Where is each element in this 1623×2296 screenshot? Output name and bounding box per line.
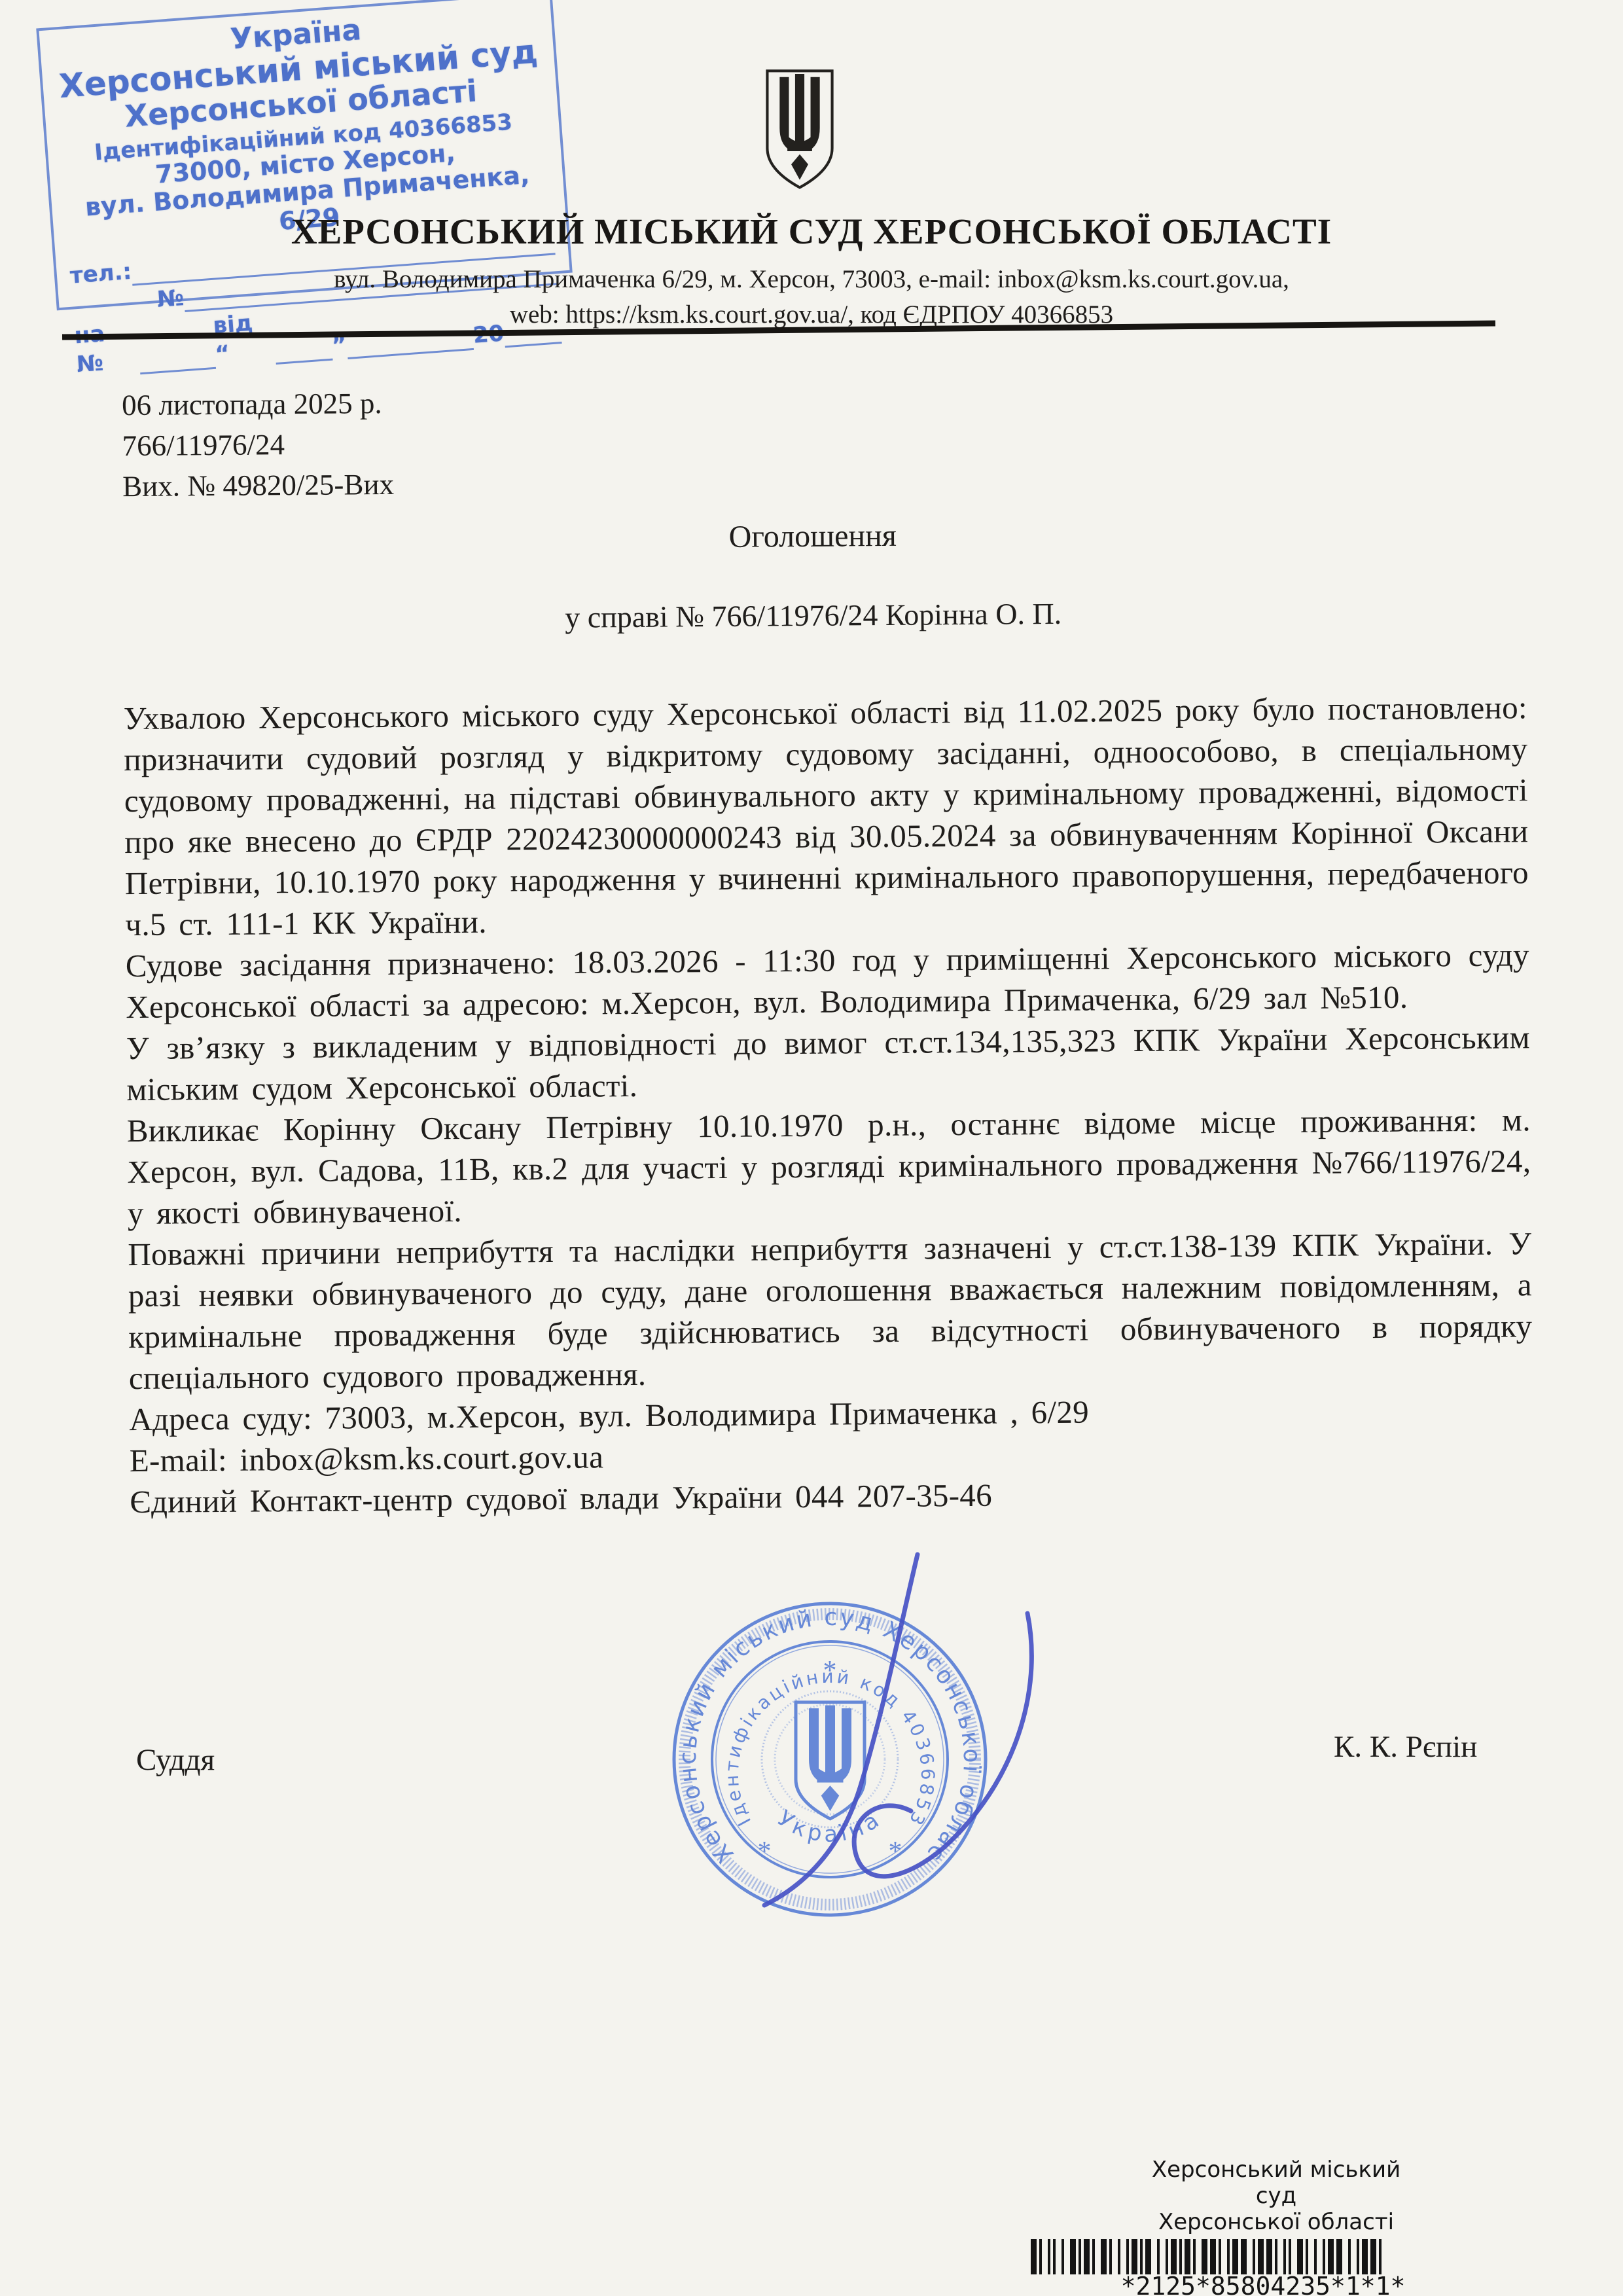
reference-block: 06 листопада 2025 р. 766/11976/24 Вих. №… <box>122 383 394 507</box>
judge-name: К. К. Рєпін <box>1334 1729 1477 1765</box>
body-paragraph: Судове засідання призначено: 18.03.2026 … <box>126 934 1530 1028</box>
reply-day-blank <box>274 336 333 365</box>
barcode-bars <box>1031 2239 1417 2274</box>
reply-blank-line <box>139 345 217 374</box>
trident-icon <box>779 74 819 180</box>
document-main: 06 листопада 2025 р. 766/11976/24 Вих. №… <box>0 0 1620 1</box>
barcode-block: Херсонський міський суд Херсонської обла… <box>1031 2157 1423 2296</box>
body-paragraph: У зв’язку з викладеним у відповідності д… <box>126 1016 1531 1110</box>
court-address-line: вул. Володимира Примаченка 6/29, м. Херс… <box>0 264 1623 294</box>
judge-label: Суддя <box>136 1742 215 1778</box>
case-subtitle: у справі № 766/11976/24 Корінна О. П. <box>2 592 1623 639</box>
signature-stroke <box>733 1535 1041 1941</box>
case-number: 766/11976/24 <box>122 423 393 466</box>
body-paragraph: Ухвалою Херсонського міського суду Херсо… <box>124 687 1529 945</box>
court-name-title: ХЕРСОНСЬКИЙ МІСЬКИЙ СУД ХЕРСОНСЬКОЇ ОБЛА… <box>0 211 1623 252</box>
outgoing-number: Вих. № 49820/25-Вих <box>122 464 394 507</box>
coat-of-arms-icon <box>761 67 838 192</box>
body-text: Ухвалою Херсонського міського суду Херсо… <box>124 687 1534 1522</box>
barcode-org-line1: Херсонський міський суд <box>1031 2157 1423 2209</box>
body-paragraph: Поважні причини неприбуття та наслідки н… <box>128 1223 1533 1399</box>
barcode-value: *2125*85804235*1*1* <box>1031 2272 1423 2296</box>
barcode-org-line2: Херсонської області <box>1031 2209 1423 2235</box>
body-paragraph: Викликає Корінну Оксану Петрівну 10.10.1… <box>127 1099 1531 1234</box>
document-date: 06 листопада 2025 р. <box>122 383 393 425</box>
announcement-title: Оголошення <box>1 512 1623 560</box>
scanned-court-letter: Україна Херсонський міський суд Херсонсь… <box>0 0 1623 2296</box>
